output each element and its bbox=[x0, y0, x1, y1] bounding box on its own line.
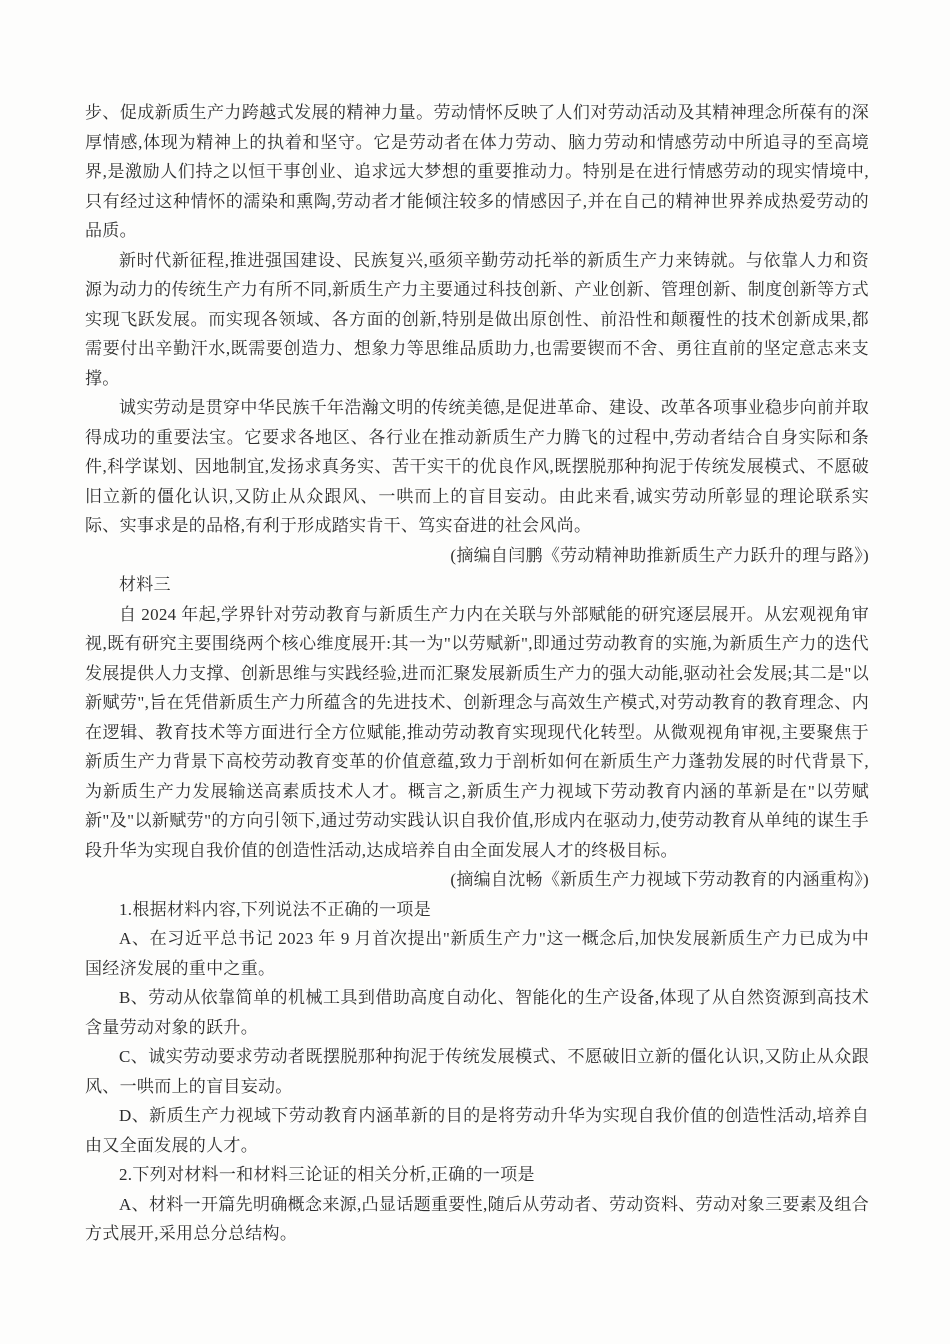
paragraph-honest-labor: 诚实劳动是贯穿中华民族千年浩瀚文明的传统美德,是促进革命、建设、改革各项事业稳步… bbox=[85, 393, 869, 541]
question-1-option-b: B、劳动从依靠简单的机械工具到借助高度自动化、智能化的生产设备,体现了从自然资源… bbox=[85, 983, 869, 1042]
question-1: 1.根据材料内容,下列说法不正确的一项是 bbox=[85, 895, 869, 925]
question-2-option-a: A、材料一开篇先明确概念来源,凸显话题重要性,随后从劳动者、劳动资料、劳动对象三… bbox=[85, 1190, 869, 1249]
attribution-material-two: (摘编自闫鹏《劳动精神助推新质生产力跃升的理与路》) bbox=[85, 541, 869, 571]
question-1-option-d: D、新质生产力视域下劳动教育内涵革新的目的是将劳动升华为实现自我价值的创造性活动… bbox=[85, 1101, 869, 1160]
question-2: 2.下列对材料一和材料三论证的相关分析,正确的一项是 bbox=[85, 1160, 869, 1190]
attribution-material-three: (摘编自沈畅《新质生产力视域下劳动教育的内涵重构》) bbox=[85, 865, 869, 895]
question-1-option-a: A、在习近平总书记 2023 年 9 月首次提出"新质生产力"这一概念后,加快发… bbox=[85, 924, 869, 983]
paragraph-labor-sentiment: 步、促成新质生产力跨越式发展的精神力量。劳动情怀反映了人们对劳动活动及其精神理念… bbox=[85, 98, 869, 246]
material-three-heading: 材料三 bbox=[85, 570, 869, 600]
paragraph-new-era: 新时代新征程,推进强国建设、民族复兴,亟须辛勤劳动托举的新质生产力来铸就。与依靠… bbox=[85, 246, 869, 394]
paragraph-material-three: 自 2024 年起,学界针对劳动教育与新质生产力内在关联与外部赋能的研究逐层展开… bbox=[85, 600, 869, 866]
exam-page: 步、促成新质生产力跨越式发展的精神力量。劳动情怀反映了人们对劳动活动及其精神理念… bbox=[0, 0, 950, 1344]
reading-passage: 步、促成新质生产力跨越式发展的精神力量。劳动情怀反映了人们对劳动活动及其精神理念… bbox=[85, 98, 869, 1249]
question-1-option-c: C、诚实劳动要求劳动者既摆脱那种拘泥于传统发展模式、不愿破旧立新的僵化认识,又防… bbox=[85, 1042, 869, 1101]
